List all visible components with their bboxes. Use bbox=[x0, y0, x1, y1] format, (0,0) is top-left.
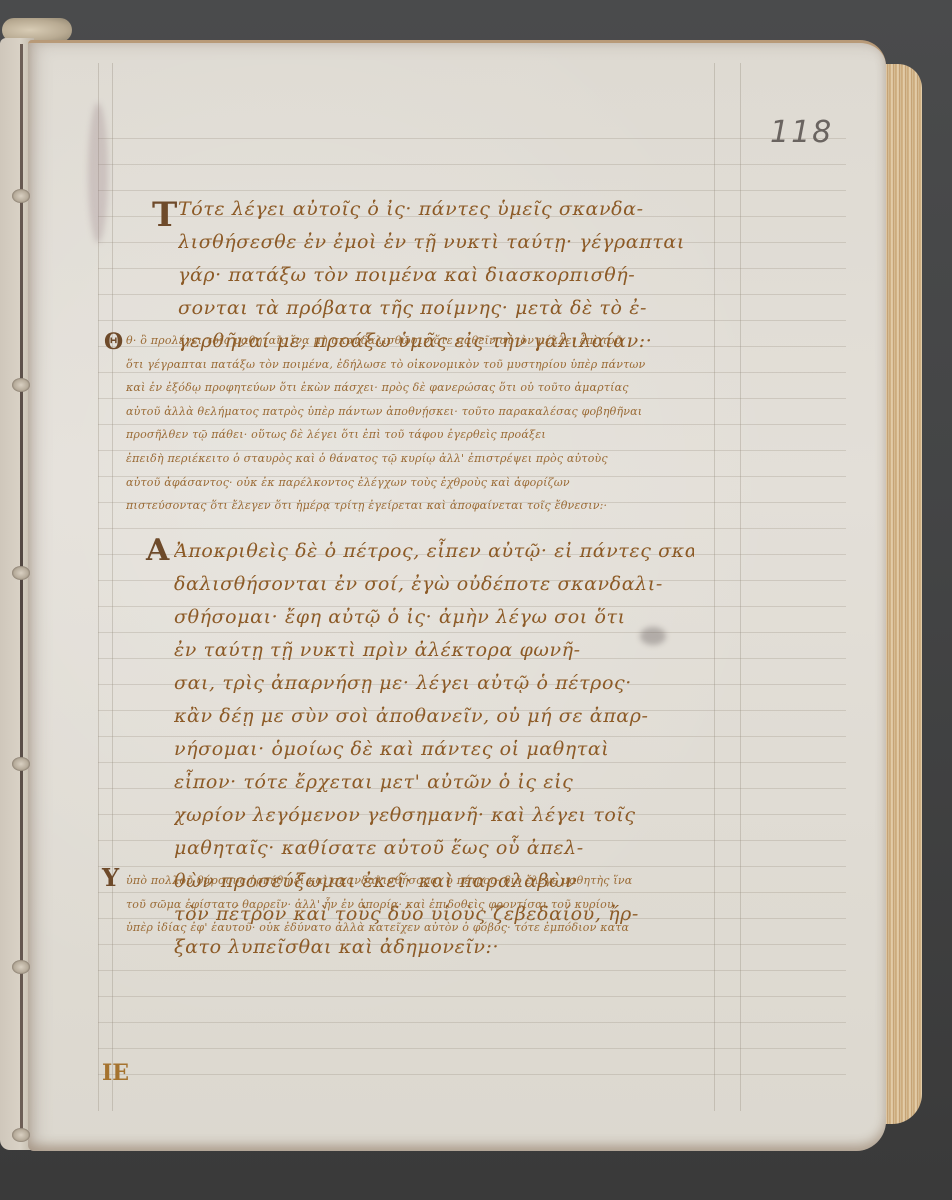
sewing-station bbox=[12, 566, 30, 580]
margin-rule-right-outer bbox=[740, 63, 741, 1111]
sewing-station bbox=[12, 189, 30, 203]
text-line: μαθηταῖς· καθίσατε αὐτοῦ ἕως οὗ ἀπελ- bbox=[174, 832, 694, 865]
text-line: νήσομαι· ὁμοίως δὲ καὶ πάντες οἱ μαθηταὶ bbox=[174, 733, 694, 766]
margin-rule-left-inner bbox=[112, 63, 113, 1111]
ink-stain bbox=[640, 627, 666, 645]
initial-letter-upsilon: Υ bbox=[102, 863, 119, 892]
sewing-station bbox=[12, 757, 30, 771]
folio-number: 118 bbox=[770, 115, 833, 150]
initial-letter-alpha: Α bbox=[146, 533, 169, 568]
text-line: Ἀποκριθεὶς δὲ ὁ πέτρος, εἶπεν αὐτῷ· εἰ π… bbox=[174, 535, 694, 568]
text-line: ἐν ταύτῃ τῇ νυκτὶ πρὶν ἀλέκτορα φωνῆ- bbox=[174, 634, 694, 667]
text-line: εἶπον· τότε ἔρχεται μετ' αὐτῶν ὁ ἰς εἰς bbox=[174, 766, 694, 799]
commentary-line: ὑπὸ πολλοῦ θάρσους ἠρνήθη εἰ καὶ σκανδαλ… bbox=[126, 869, 716, 893]
initial-letter-t: Τ bbox=[152, 195, 177, 235]
text-line: κἂν δέῃ με σὺν σοὶ ἀποθανεῖν, οὐ μή σε ἀ… bbox=[174, 700, 694, 733]
commentary-line: ἐπειδὴ περιέκειτο ὁ σταυρὸς καὶ ὁ θάνατο… bbox=[126, 447, 721, 471]
text-line: σθήσομαι· ἔφη αὐτῷ ὁ ἰς· ἀμὴν λέγω σοι ὅ… bbox=[174, 601, 694, 634]
commentary-line: ὅτι γέγραπται πατάξω τὸν ποιμένα, ἐδήλωσ… bbox=[126, 353, 721, 377]
text-line: χωρίον λεγόμενον γεθσημανῆ· καὶ λέγει το… bbox=[174, 799, 694, 832]
commentary-line: ὑπὲρ ἰδίας ἐφ' ἑαυτοῦ· οὐκ ἐδύνατο ἀλλὰ … bbox=[126, 916, 716, 940]
gutter-stain bbox=[88, 103, 108, 243]
text-line: γάρ· πατάξω τὸν ποιμένα καὶ διασκορπισθή… bbox=[178, 259, 718, 292]
commentary-block-1: θ· ὃ προλέγει τοῖς μαθηταῖς ἵνα μὴ σκανδ… bbox=[126, 329, 721, 518]
commentary-line: προσῆλθεν τῷ πάθει· οὕτως δὲ λέγει ὅτι ἐ… bbox=[126, 423, 721, 447]
text-line: λισθήσεσθε ἐν ἐμοὶ ἐν τῇ νυκτὶ ταύτῃ· γέ… bbox=[178, 226, 718, 259]
commentary-line: πιστεύσοντας ὅτι ἔλεγεν ὅτι ἡμέρᾳ τρίτῃ … bbox=[126, 494, 721, 518]
sewing-station bbox=[12, 1128, 30, 1142]
manuscript-page: 118 Τ Τότε λέγει αὐτοῖς ὁ ἰς· πάντες ὑμε… bbox=[28, 40, 886, 1151]
commentary-line: αὐτοῦ ἀλλὰ θελήματος πατρὸς ὑπὲρ πάντων … bbox=[126, 400, 721, 424]
commentary-line: καὶ ἐν ἐξόδῳ προφητεύων ὅτι ἑκὼν πάσχει·… bbox=[126, 376, 721, 400]
sewing-station bbox=[12, 378, 30, 392]
commentary-block-2: ὑπὸ πολλοῦ θάρσους ἠρνήθη εἰ καὶ σκανδαλ… bbox=[126, 869, 716, 940]
initial-letter-theta: Θ bbox=[104, 329, 123, 355]
text-line: σονται τὰ πρόβατα τῆς ποίμνης· μετὰ δὲ τ… bbox=[178, 292, 718, 325]
commentary-line: τοῦ σῶμα ἐφίστατο θαρρεῖν· ἀλλ' ἦν ἐν ἀπ… bbox=[126, 893, 716, 917]
sewing-station bbox=[12, 960, 30, 974]
commentary-line: αὐτοῦ ἀφάσαντος· οὐκ ἐκ παρέλκοντος ἐλέγ… bbox=[126, 471, 721, 495]
commentary-line: θ· ὃ προλέγει τοῖς μαθηταῖς ἵνα μὴ σκανδ… bbox=[126, 329, 721, 353]
section-number-marker: ΙΕ bbox=[102, 1060, 129, 1086]
text-line: σαι, τρὶς ἀπαρνήσῃ με· λέγει αὐτῷ ὁ πέτρ… bbox=[174, 667, 694, 700]
text-line: δαλισθήσονται ἐν σοί, ἐγὼ οὐδέποτε σκανδ… bbox=[174, 568, 694, 601]
text-line: Τότε λέγει αὐτοῖς ὁ ἰς· πάντες ὑμεῖς σκα… bbox=[178, 193, 718, 226]
